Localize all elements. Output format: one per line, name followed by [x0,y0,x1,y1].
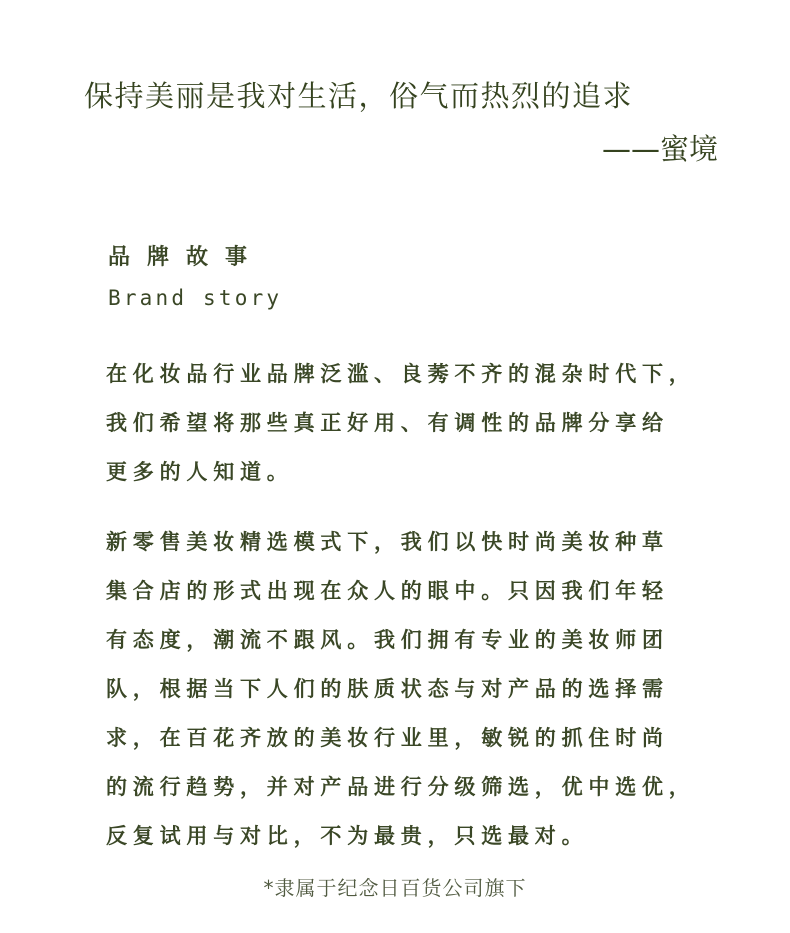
brand-motto: 保持美丽是我对生活，俗气而热烈的追求 [84,78,633,114]
paragraph-line: 求，在百花齐放的美妆行业里，敏锐的抓住时尚 [106,714,686,763]
section-title-chinese: 品牌故事 [108,244,264,272]
brand-story-paragraph-1: 在化妆品行业品牌泛滥、良莠不齐的混杂时代下， 我们希望将那些真正好用、有调性的品… [106,350,686,497]
paragraph-line: 反复试用与对比，不为最贵，只选最对。 [106,812,686,861]
brand-story-paragraph-2: 新零售美妆精选模式下，我们以快时尚美妆种草 集合店的形式出现在众人的眼中。只因我… [106,518,686,861]
paragraph-line: 有态度，潮流不跟风。我们拥有专业的美妆师团 [106,616,686,665]
paragraph-line: 队，根据当下人们的肤质状态与对产品的选择需 [106,665,686,714]
paragraph-line: 的流行趋势，并对产品进行分级筛选，优中选优， [106,763,686,812]
paragraph-line: 新零售美妆精选模式下，我们以快时尚美妆种草 [106,518,686,567]
paragraph-line: 更多的人知道。 [106,448,686,497]
paragraph-line: 集合店的形式出现在众人的眼中。只因我们年轻 [106,567,686,616]
motto-signature: ——蜜境 [602,131,718,167]
footnote-affiliation: *隶属于纪念日百货公司旗下 [0,874,790,902]
section-title-english: Brand story [108,284,282,312]
paragraph-line: 在化妆品行业品牌泛滥、良莠不齐的混杂时代下， [106,350,686,399]
paragraph-line: 我们希望将那些真正好用、有调性的品牌分享给 [106,399,686,448]
